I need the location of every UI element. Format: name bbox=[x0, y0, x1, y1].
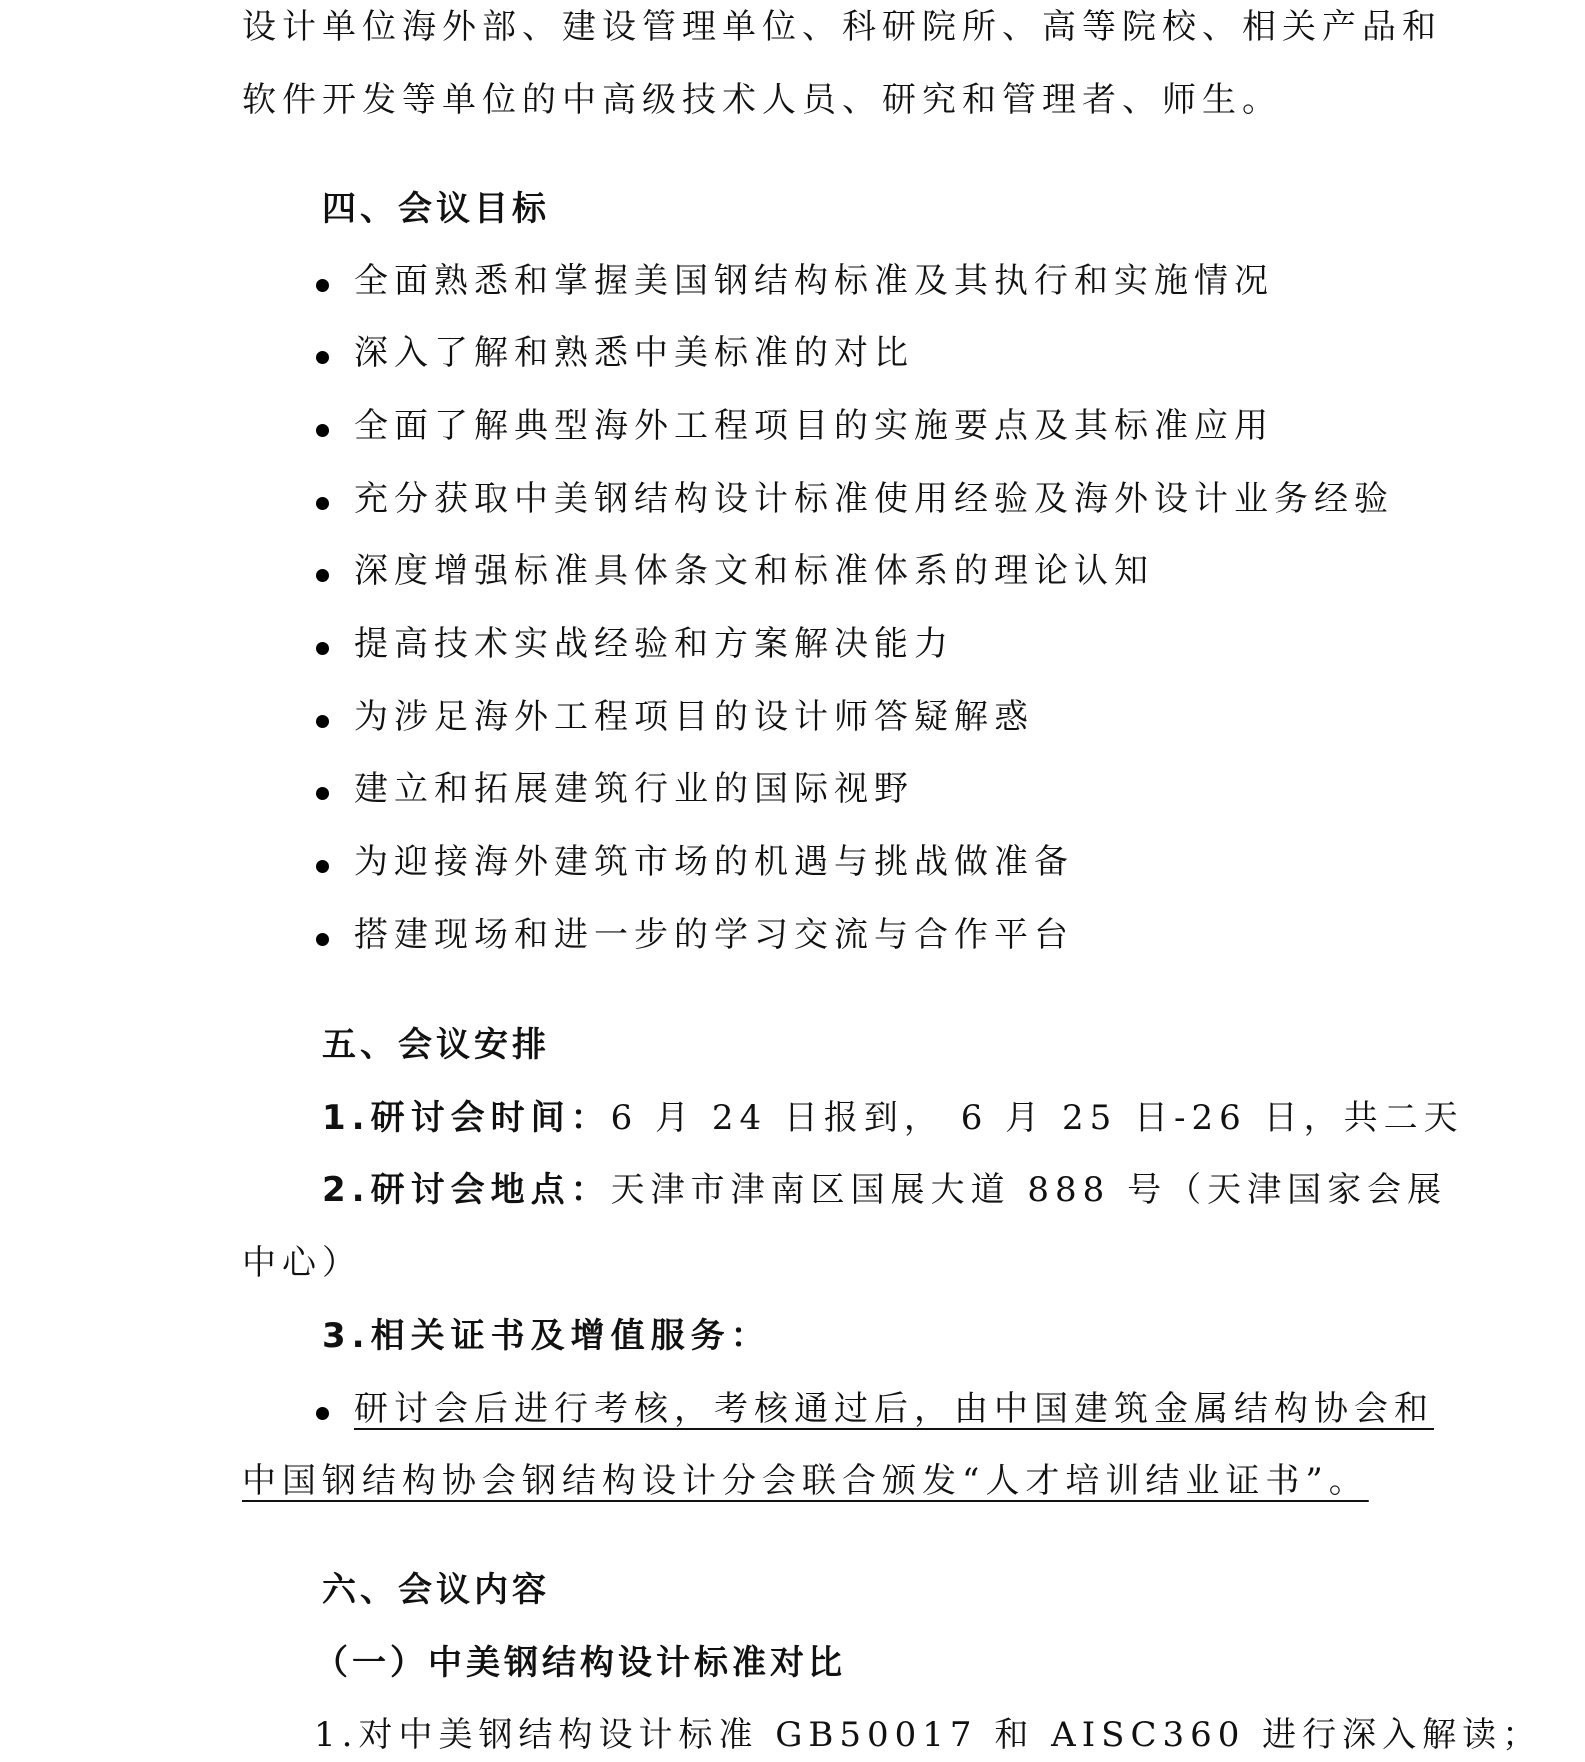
schedule-time-value: 6 月 24 日报到， 6 月 25 日-26 日，共二天 bbox=[611, 1098, 1464, 1138]
bullet-icon bbox=[316, 351, 329, 364]
goal-item: 全面了解典型海外工程项目的实施要点及其标准应用 bbox=[354, 404, 1274, 448]
schedule-time: 1.研讨会时间：6 月 24 日报到， 6 月 25 日-26 日，共二天 bbox=[322, 1096, 1464, 1140]
certificate-text-line-1: 研讨会后进行考核，考核通过后，由中国建筑金属结构协会和 bbox=[354, 1387, 1434, 1431]
bullet-icon bbox=[316, 787, 329, 800]
goal-item: 全面熟悉和掌握美国钢结构标准及其执行和实施情况 bbox=[354, 259, 1274, 303]
goal-item: 深度增强标准具体条文和标准体系的理论认知 bbox=[354, 549, 1154, 593]
schedule-location: 2.研讨会地点：天津市津南区国展大道 888 号（天津国家会展 bbox=[322, 1168, 1447, 1212]
schedule-location-value: 天津市津南区国展大道 888 号（天津国家会展 bbox=[611, 1170, 1448, 1210]
section-6-heading: 六、会议内容 bbox=[322, 1568, 550, 1612]
goal-item: 充分获取中美钢结构设计标准使用经验及海外设计业务经验 bbox=[354, 477, 1394, 521]
goal-item: 为迎接海外建筑市场的机遇与挑战做准备 bbox=[354, 840, 1074, 884]
content-item-1: 1.对中美钢结构设计标准 GB50017 和 AISC360 进行深入解读； bbox=[314, 1713, 1542, 1757]
intro-line-1: 设计单位海外部、建设管理单位、科研院所、高等院校、相关产品和 bbox=[242, 5, 1442, 49]
goal-item: 建立和拓展建筑行业的国际视野 bbox=[354, 767, 914, 811]
subsection-1-heading: （一）中美钢结构设计标准对比 bbox=[314, 1641, 846, 1685]
goal-item: 提高技术实战经验和方案解决能力 bbox=[354, 622, 954, 666]
schedule-time-label: 1.研讨会时间： bbox=[322, 1098, 611, 1138]
goal-item: 搭建现场和进一步的学习交流与合作平台 bbox=[354, 913, 1074, 957]
section-4-heading: 四、会议目标 bbox=[322, 187, 550, 231]
bullet-icon bbox=[316, 860, 329, 873]
bullet-icon bbox=[316, 279, 329, 292]
certificates-heading: 3.相关证书及增值服务： bbox=[322, 1314, 771, 1358]
bullet-icon bbox=[316, 569, 329, 582]
bullet-icon bbox=[316, 715, 329, 728]
bullet-icon bbox=[316, 642, 329, 655]
goal-item: 为涉足海外工程项目的设计师答疑解惑 bbox=[354, 695, 1034, 739]
bullet-icon bbox=[316, 497, 329, 510]
certificate-text-line-2: 中国钢结构协会钢结构设计分会联合颁发“人才培训结业证书”。 bbox=[242, 1459, 1369, 1503]
goal-item: 深入了解和熟悉中美标准的对比 bbox=[354, 331, 914, 375]
intro-line-2: 软件开发等单位的中高级技术人员、研究和管理者、师生。 bbox=[242, 78, 1282, 122]
section-5-heading: 五、会议安排 bbox=[322, 1023, 550, 1067]
schedule-location-continued: 中心） bbox=[242, 1241, 362, 1285]
bullet-icon bbox=[316, 1407, 329, 1420]
bullet-icon bbox=[316, 933, 329, 946]
bullet-icon bbox=[316, 424, 329, 437]
schedule-location-label: 2.研讨会地点： bbox=[322, 1170, 611, 1210]
